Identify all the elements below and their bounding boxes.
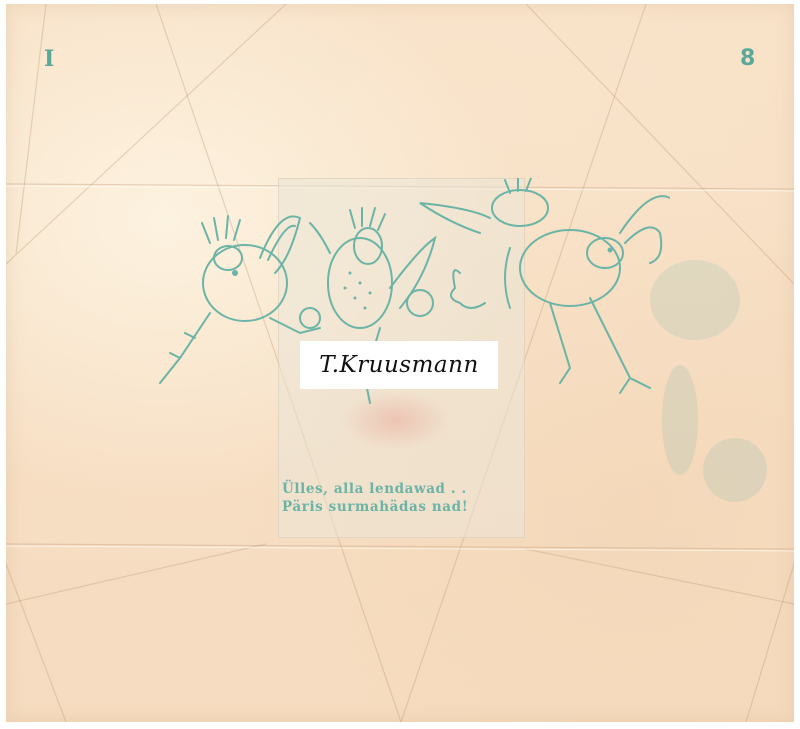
caption-line-1: Ülles, alla lendawad . .: [282, 480, 522, 498]
signature-text: T.Kruusmann: [319, 352, 479, 378]
caption-verse: Ülles, alla lendawad . . Päris surmahäda…: [282, 480, 522, 516]
caption-line-2: Päris surmahädas nad!: [282, 498, 522, 516]
faded-stamp: [640, 240, 790, 510]
signature-label: T.Kruusmann: [300, 341, 498, 389]
corner-mark-right: 8: [740, 46, 755, 71]
corner-mark-left: I: [44, 46, 54, 72]
